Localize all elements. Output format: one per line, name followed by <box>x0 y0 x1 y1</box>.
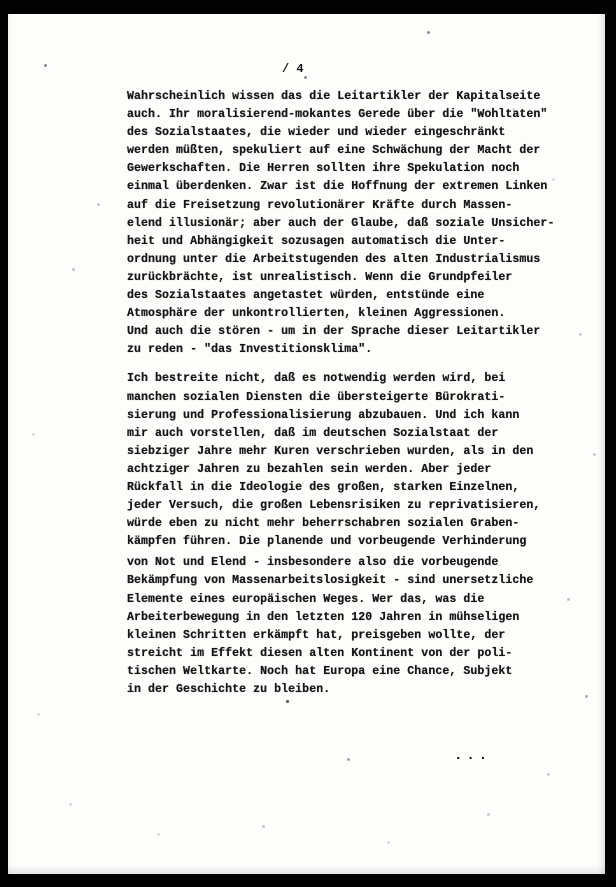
paragraph-2-continued: von Not und Elend - insbesondere also di… <box>127 554 567 699</box>
page-number: / 4 <box>282 62 304 76</box>
text-line: sierung und Professionalisierung abzubau… <box>127 407 567 425</box>
paragraph-2: Ich bestreite nicht, daß es notwendig we… <box>127 370 567 551</box>
text-line: Und auch die stören - um in der Sprache … <box>127 323 567 341</box>
text-line: des Sozialstaates, die wieder und wieder… <box>127 124 567 142</box>
paragraph-1: Wahrscheinlich wissen das die Leitartikl… <box>127 88 567 359</box>
text-line: kämpfen führen. Die planende und vorbeug… <box>127 533 567 551</box>
text-line: siebziger Jahre mehr Kuren verschrieben … <box>127 443 567 461</box>
text-line: von Not und Elend - insbesondere also di… <box>127 554 567 572</box>
text-line: Arbeiterbewegung in den letzten 120 Jahr… <box>127 609 567 627</box>
text-line: des Sozialstaates angetastet würden, ent… <box>127 287 567 305</box>
text-line: streicht im Effekt diesen alten Kontinen… <box>127 645 567 663</box>
text-line: Elemente eines europäischen Weges. Wer d… <box>127 591 567 609</box>
text-line: ordnung unter die Arbeitstugenden des al… <box>127 251 567 269</box>
text-line: einmal überdenken. Zwar ist die Hoffnung… <box>127 178 567 196</box>
text-line: auf die Freisetzung revolutionärer Kräft… <box>127 197 567 215</box>
text-line: Ich bestreite nicht, daß es notwendig we… <box>127 370 567 388</box>
text-line: jeder Versuch, die großen Lebensrisiken … <box>127 497 567 515</box>
text-line: würde eben zu nicht mehr beherrschabren … <box>127 515 567 533</box>
text-line: Gewerkschaften. Die Herren sollten ihre … <box>127 160 567 178</box>
text-line: Wahrscheinlich wissen das die Leitartikl… <box>127 88 567 106</box>
text-line: Rückfall in die Ideologie des großen, st… <box>127 479 567 497</box>
text-line: manchen sozialen Diensten die übersteige… <box>127 389 567 407</box>
body-text: Wahrscheinlich wissen das die Leitartikl… <box>127 88 567 699</box>
text-line: tischen Weltkarte. Noch hat Europa eine … <box>127 663 567 681</box>
text-line: mir auch vorstellen, daß im deutschen So… <box>127 425 567 443</box>
text-line: werden müßten, spekuliert auf eine Schwä… <box>127 142 567 160</box>
text-line: zu reden - "das Investitionsklima". <box>127 341 567 359</box>
text-line: Atmosphäre der unkontrollierten, kleinen… <box>127 305 567 323</box>
text-line: in der Geschichte zu bleiben. <box>127 681 567 699</box>
text-line: heit und Abhängigkeit sozusagen automati… <box>127 233 567 251</box>
scan-frame: / 4 Wahrscheinlich wissen das die Leitar… <box>0 0 616 887</box>
text-line: achtziger Jahren zu bezahlen sein werden… <box>127 461 567 479</box>
text-line: auch. Ihr moralisierend-mokantes Gerede … <box>127 106 567 124</box>
document-page: / 4 Wahrscheinlich wissen das die Leitar… <box>8 14 605 874</box>
text-line: kleinen Schritten erkämpft hat, preisgeb… <box>127 627 567 645</box>
text-line: Bekämpfung von Massenarbeitslosigkeit - … <box>127 572 567 590</box>
end-mark-dots: ... <box>454 748 491 764</box>
text-line: zurückbrächte, ist unrealistisch. Wenn d… <box>127 269 567 287</box>
scan-noise <box>8 14 9 15</box>
text-line: elend illusionär; aber auch der Glaube, … <box>127 215 567 233</box>
